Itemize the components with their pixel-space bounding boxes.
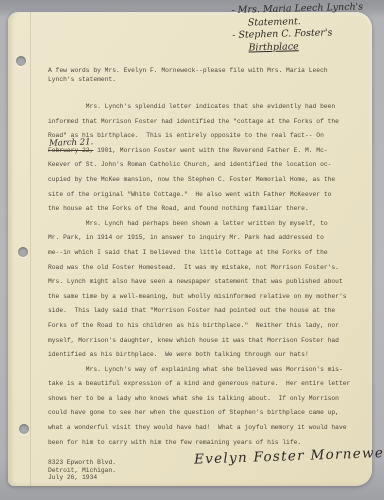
typed-line: Mr. Park, in 1914 or 1915, in answer to … bbox=[48, 231, 350, 246]
typed-line: what a wonderful visit they would have h… bbox=[48, 421, 350, 436]
letter-body: Mrs. Lynch's splendid letter indicates t… bbox=[48, 100, 350, 450]
typed-line: informed that Morrison Foster had identi… bbox=[48, 115, 350, 130]
header-note: A few words by Mrs. Evelyn F. Morneweck-… bbox=[48, 66, 328, 84]
typed-line: site of the original "White Cottage." He… bbox=[48, 188, 350, 203]
typed-line: Mrs. Lynch had perhaps been shown a lett… bbox=[48, 217, 350, 232]
paper-crease bbox=[30, 12, 31, 486]
typed-line: Mrs. Lynch's way of explaining what she … bbox=[48, 363, 350, 378]
typed-line: A few words by Mrs. Evelyn F. Morneweck-… bbox=[48, 66, 328, 75]
typed-line-remainder: 1901, Morrison Foster went with the Reve… bbox=[93, 147, 327, 154]
typed-line: shows her to be a lady who knows what sh… bbox=[48, 392, 350, 407]
address-line: Detroit, Michigan. bbox=[48, 467, 116, 475]
typed-line: cupied by the McKee mansion, now the Ste… bbox=[48, 173, 350, 188]
typed-line: Road was the old Foster Homestead. It wa… bbox=[48, 261, 350, 276]
punch-hole-bottom bbox=[19, 424, 29, 434]
typed-line: take is a beautiful expression of a kind… bbox=[48, 377, 350, 392]
typed-line: myself, Morrison's daughter, knew which … bbox=[48, 334, 350, 349]
typed-line: Lynch's statement. bbox=[48, 75, 328, 84]
address-line: 8323 Epworth Blvd. bbox=[48, 459, 116, 467]
typed-line: could have gone to see her when the ques… bbox=[48, 406, 350, 421]
letter-date: July 26, 1934 bbox=[48, 474, 116, 482]
scanned-letter-page: { "page": { "background_color": "#b7b8bc… bbox=[0, 0, 384, 500]
typed-line: Mrs. Lynch might also have seen a newspa… bbox=[48, 275, 350, 290]
handwritten-date-correction: March 21. bbox=[49, 137, 94, 149]
typed-line: the house at the Forks of the Road, and … bbox=[48, 202, 350, 217]
punch-hole-middle bbox=[18, 247, 28, 257]
typed-line: side. This lady said that "Morrison Fost… bbox=[48, 304, 350, 319]
typed-line: me--in which I said that I believed the … bbox=[48, 246, 350, 261]
punch-hole-top bbox=[16, 56, 26, 66]
typed-line: Road" as his birthplace. This is entirel… bbox=[48, 129, 350, 144]
handwritten-filing-note: - Mrs. Maria Leech Lynch's Statement. - … bbox=[231, 1, 382, 55]
typed-line: Mrs. Lynch's splendid letter indicates t… bbox=[48, 100, 350, 115]
sender-address-block: 8323 Epworth Blvd. Detroit, Michigan. Ju… bbox=[48, 459, 116, 482]
typed-line: the same time by a well-meaning, but who… bbox=[48, 290, 350, 305]
typed-line: Forks of the Road to his children as his… bbox=[48, 319, 350, 334]
typed-line: Keever of St. John's Roman Catholic Chur… bbox=[48, 158, 350, 173]
typed-line: identified as his birthplace. We were bo… bbox=[48, 348, 350, 363]
